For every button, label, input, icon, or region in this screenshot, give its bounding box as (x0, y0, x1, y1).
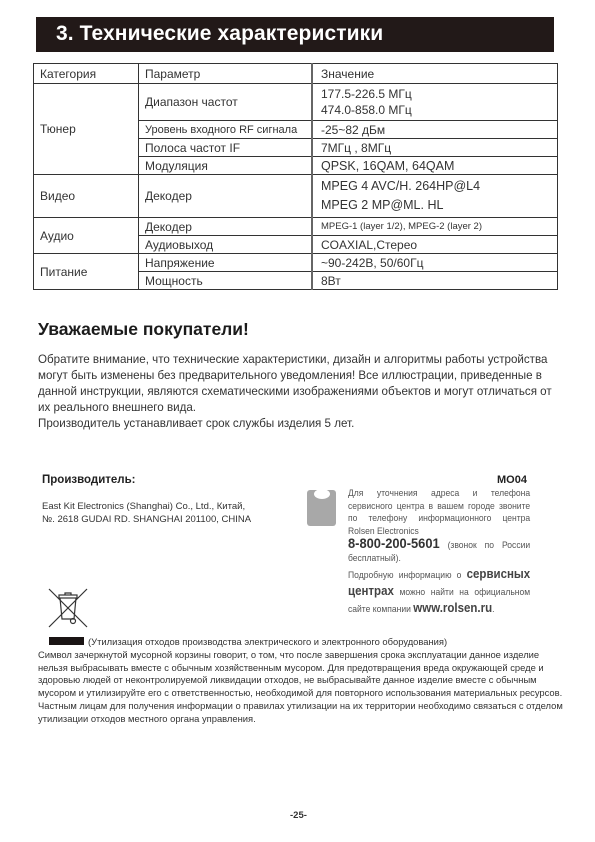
table-row: Тюнер Диапазон частот 177.5-226.5 МГц 47… (34, 84, 558, 121)
value-consumption: 8Вт (312, 272, 558, 290)
model-code: MO04 (497, 474, 527, 486)
param-video-decoder: Декодер (139, 175, 313, 218)
recycling-info: (Утилизация отходов производства электри… (38, 636, 563, 726)
notice-paragraph: Обратите внимание, что технические харак… (38, 352, 563, 416)
manufacturer-title: Производитель: (42, 474, 136, 486)
param-modulation: Модуляция (139, 157, 313, 175)
website-link[interactable]: www.rolsen.ru (413, 601, 492, 615)
crossed-bin-icon (45, 585, 91, 631)
value-video-decoder-line2: MPEG 2 MP@ML. HL (321, 196, 557, 215)
category-power: Питание (34, 254, 139, 290)
info-icon (307, 490, 336, 526)
service-more-prefix: Подробную информацию о (348, 570, 461, 580)
section-title: 3. Технические характеристики (56, 22, 383, 46)
manufacturer-line2: №. 2618 GUDAI RD. SHANGHAI 201100, CHINA (42, 513, 251, 526)
param-freq-range: Диапазон частот (139, 84, 313, 121)
value-audio-output: COAXIAL,Стерео (312, 236, 558, 254)
value-video-decoder: MPEG 4 AVC/H. 264HP@L4 MPEG 2 MP@ML. HL (312, 175, 558, 218)
value-if-band: 7МГц , 8МГц (312, 139, 558, 157)
value-audio-decoder: MPEG-1 (layer 1/2), MPEG-2 (layer 2) (312, 218, 558, 236)
value-freq-range-line1: 177.5-226.5 МГц (321, 86, 557, 102)
spec-table: Категория Параметр Значение Тюнер Диапаз… (33, 63, 558, 290)
value-voltage: ~90-242В, 50/60Гц (312, 254, 558, 272)
page-number: -25- (290, 810, 307, 821)
service-more-info: Подробную информацию о сервисных центрах… (348, 566, 530, 617)
param-if-band: Полоса частот IF (139, 139, 313, 157)
param-audio-decoder: Декодер (139, 218, 313, 236)
param-audio-output: Аудиовыход (139, 236, 313, 254)
table-row: Видео Декодер MPEG 4 AVC/H. 264HP@L4 MPE… (34, 175, 558, 218)
table-header-row: Категория Параметр Значение (34, 64, 558, 84)
value-video-decoder-line1: MPEG 4 AVC/H. 264HP@L4 (321, 177, 557, 196)
category-tuner: Тюнер (34, 84, 139, 175)
column-header-value: Значение (312, 64, 558, 84)
service-phone: 8-800-200-5601 (348, 535, 440, 551)
notice-lifetime: Производитель устанавливает срок службы … (38, 416, 563, 432)
table-row: Аудио Декодер MPEG-1 (layer 1/2), MPEG-2… (34, 218, 558, 236)
service-info: Для уточнения адреса и телефона сервисно… (348, 487, 530, 564)
notice-body: Обратите внимание, что технические харак… (38, 352, 563, 432)
notice-title: Уважаемые покупатели! (38, 319, 249, 340)
value-freq-range-line2: 474.0-858.0 МГц (321, 102, 557, 118)
service-more-suffix: . (492, 604, 494, 614)
column-header-parameter: Параметр (139, 64, 313, 84)
column-header-category: Категория (34, 64, 139, 84)
category-video: Видео (34, 175, 139, 218)
value-modulation: QPSK, 16QAM, 64QAM (312, 157, 558, 175)
manufacturer-address: East Kit Electronics (Shanghai) Co., Ltd… (42, 500, 251, 526)
service-text: Для уточнения адреса и телефона сервисно… (348, 488, 530, 536)
param-rf-level: Уровень входного RF сигнала (139, 121, 313, 139)
manufacturer-line1: East Kit Electronics (Shanghai) Co., Ltd… (42, 500, 251, 513)
table-row: Питание Напряжение ~90-242В, 50/60Гц (34, 254, 558, 272)
category-audio: Аудио (34, 218, 139, 254)
section-title-bar: 3. Технические характеристики (36, 17, 554, 52)
recycling-text: Символ зачеркнутой мусорной корзины гово… (38, 649, 563, 726)
value-rf-level: -25~82 дБм (312, 121, 558, 139)
param-voltage: Напряжение (139, 254, 313, 272)
value-freq-range: 177.5-226.5 МГц 474.0-858.0 МГц (312, 84, 558, 121)
recycling-heading: (Утилизация отходов производства электри… (38, 636, 563, 649)
param-consumption: Мощность (139, 272, 313, 290)
